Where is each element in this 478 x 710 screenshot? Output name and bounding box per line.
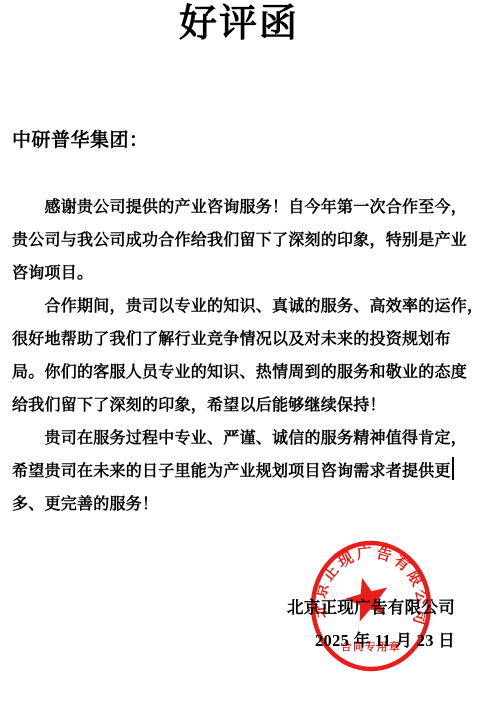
signature-company-name: 北京正现广告有限公司 [287, 591, 455, 624]
letter-document-page: 好评函 中研普华集团： 感谢贵公司提供的产业咨询服务！自今年第一次合作至今，贵公… [0, 0, 478, 710]
body-line: 给我们留下了深刻的印象，希望以后能够继续保持！ [12, 389, 468, 422]
closing-block: 北京正现广告有限公司 2025 年 11 月 23 日 [287, 591, 455, 657]
body-text[interactable]: 感谢贵公司提供的产业咨询服务！自今年第一次合作至今，贵公司与我公司成功合作给我们… [12, 191, 468, 521]
body-line: 咨询项目。 [12, 257, 468, 290]
document-title: 好评函 [0, 2, 478, 46]
body-line: 很好地帮助了我们了解行业竞争情况以及对未来的投资规划布 [12, 323, 468, 356]
body-line: 多、更完善的服务！ [12, 488, 468, 521]
body-line: 局。你们的客服人员专业的知识、热情周到的服务和敬业的态度 [12, 356, 468, 389]
salutation: 中研普华集团： [12, 126, 149, 156]
body-line: 贵公司与我公司成功合作给我们留下了深刻的印象，特别是产业 [12, 224, 468, 257]
body-line: 希望贵司在未来的日子里能为产业规划项目咨询需求者提供更 [12, 455, 468, 488]
text-cursor [452, 457, 454, 480]
signature-date: 2025 年 11 月 23 日 [287, 624, 455, 657]
body-line: 感谢贵公司提供的产业咨询服务！自今年第一次合作至今， [12, 191, 468, 224]
body-line: 合作期间，贵司以专业的知识、真诚的服务、高效率的运作， [12, 290, 468, 323]
body-line: 贵司在服务过程中专业、严谨、诚信的服务精神值得肯定， [12, 422, 468, 455]
